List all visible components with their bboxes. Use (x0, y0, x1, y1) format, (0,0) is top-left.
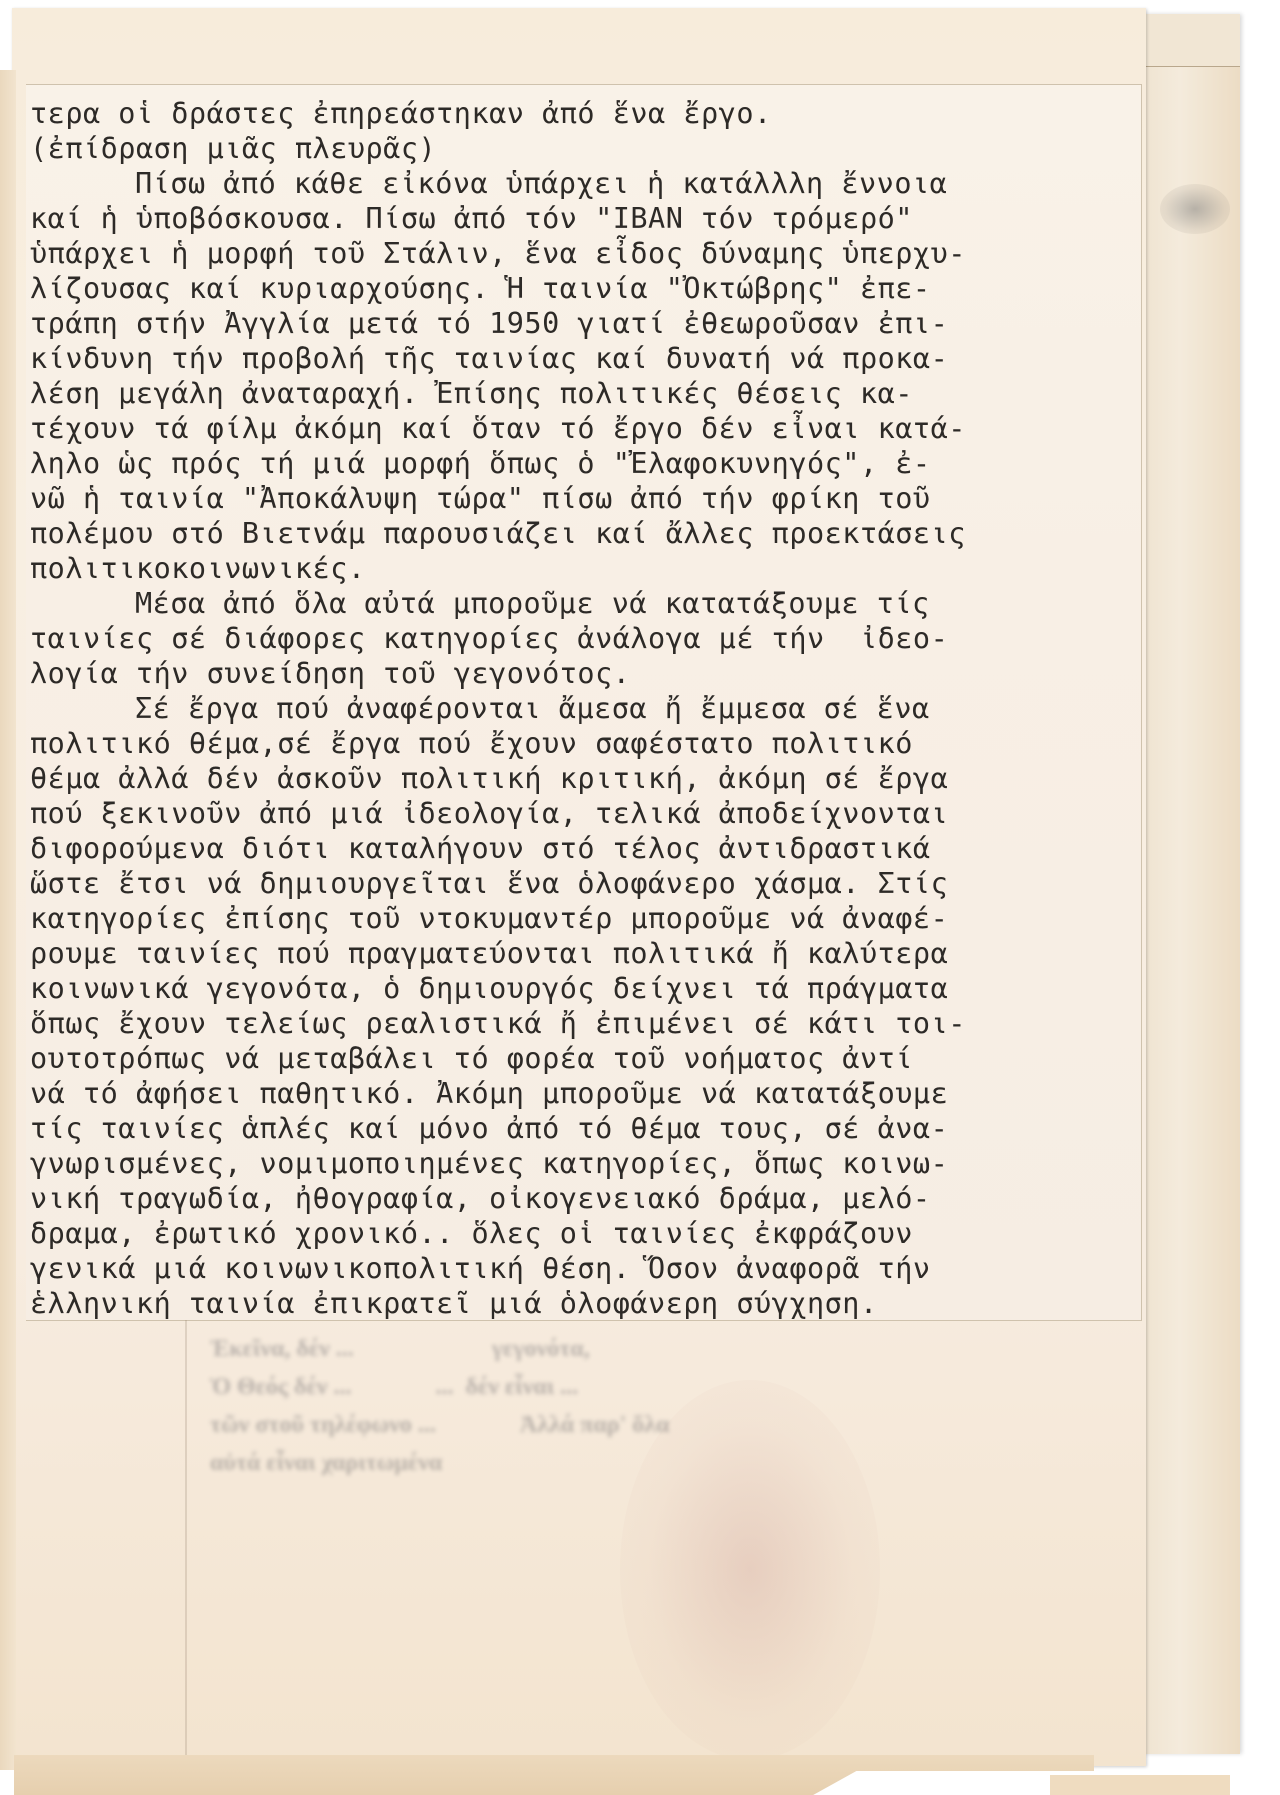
bleed-through-line: τῶν στοῦ τηλέφωνο ... Ἀλλά παρ' ὅλα (210, 1406, 970, 1444)
text-line: ληλο ὡς πρός τή μιά μορφή ὅπως ὁ "Ἐλαφοκ… (30, 446, 1140, 481)
text-line: θέμα ἀλλά δέν ἀσκοῦν πολιτική κριτική, ἀ… (30, 761, 1140, 796)
text-line: ταινίες σέ διάφορες κατηγορίες ἀνάλογα μ… (30, 621, 1140, 656)
text-line: Πίσω ἀπό κάθε εἰκόνα ὑπάρχει ἡ κατάλλλη … (30, 166, 1140, 201)
bottom-torn-flap (14, 1755, 1094, 1795)
text-line: Σέ ἔργα πού ἀναφέρονται ἄμεσα ἤ ἔμμεσα σ… (30, 691, 1140, 726)
bleed-through-text: Ἐκεῖνα, δέν ... γεγονότα,Ὁ Θεός δέν ... … (210, 1330, 970, 1482)
text-line: ὅπως ἔχουν τελείως ρεαλιστικά ἤ ἐπιμένει… (30, 1006, 1140, 1041)
backing-sheet-tab (1140, 14, 1240, 67)
text-line: ρουμε ταινίες πού πραγματεύονται πολιτικ… (30, 936, 1140, 971)
text-line: δραμα, ἐρωτικό χρονικό.. ὅλες οἱ ταινίες… (30, 1216, 1140, 1251)
bleed-through-line: Ὁ Θεός δέν ... ... δέν εἶναι ... (210, 1368, 970, 1406)
bleed-through-line: αὐτά εἶναι χαριτωμένα (210, 1444, 970, 1482)
text-line: λογία τήν συνείδηση τοῦ γεγονότος. (30, 656, 1140, 691)
text-line: λέση μεγάλη ἀναταραχή. Ἐπίσης πολιτικές … (30, 376, 1140, 411)
text-line: διφορούμενα διότι καταλήγουν στό τέλος ἀ… (30, 831, 1140, 866)
text-line: καί ἡ ὑποβόσκουσα. Πίσω ἀπό τόν "ΙΒΑΝ τό… (30, 201, 1140, 236)
text-line: πολέμου στό Βιετνάμ παρουσιάζει καί ἄλλε… (30, 516, 1140, 551)
mold-stain (1160, 184, 1230, 234)
text-line: λίζουσας καί κυριαρχούσης. Ἡ ταινία "Ὀκτ… (30, 271, 1140, 306)
text-line: κατηγορίες ἐπίσης τοῦ ντοκυμαντέρ μποροῦ… (30, 901, 1140, 936)
text-line: ἑλληνική ταινία ἐπικρατεῖ μιά ὁλοφάνερη … (30, 1286, 1140, 1321)
text-line: πού ξεκινοῦν ἀπό μιά ἰδεολογία, τελικά ἀ… (30, 796, 1140, 831)
text-line: τέχουν τά φίλμ ἀκόμη καί ὅταν τό ἔργο δέ… (30, 411, 1140, 446)
text-line: νῶ ἡ ταινία "Ἀποκάλυψη τώρα" πίσω ἀπό τή… (30, 481, 1140, 516)
backing-sheet (1140, 14, 1240, 1754)
left-paper-edge (0, 70, 16, 1770)
text-line: γνωρισμένες, νομιμοποιημένες κατηγορίες,… (30, 1146, 1140, 1181)
text-line: πολιτικοκοινωνικές. (30, 551, 1140, 586)
text-line: νική τραγωδία, ἠθογραφία, οἰκογενειακό δ… (30, 1181, 1140, 1216)
bottom-torn-flap-right (1050, 1775, 1230, 1795)
text-line: κοινωνικά γεγονότα, ὁ δημιουργός δείχνει… (30, 971, 1140, 1006)
text-line: (ἐπίδραση μιᾶς πλευρᾶς) (30, 131, 1140, 166)
typewritten-text-block: τερα οἱ δράστες ἐπηρεάστηκαν ἀπό ἕνα ἔργ… (30, 96, 1140, 1321)
text-line: ὥστε ἔτσι νά δημιουργεῖται ἕνα ὁλοφάνερο… (30, 866, 1140, 901)
text-line: τίς ταινίες ἁπλές καί μόνο ἀπό τό θέμα τ… (30, 1111, 1140, 1146)
text-line: πολιτικό θέμα,σέ ἔργα πού ἔχουν σαφέστατ… (30, 726, 1140, 761)
paper-fold-line (185, 1320, 187, 1760)
text-line: ὑπάρχει ἡ μορφή τοῦ Στάλιν, ἕνα εἶδος δύ… (30, 236, 1140, 271)
text-line: νά τό ἀφήσει παθητικό. Ἀκόμη μποροῦμε νά… (30, 1076, 1140, 1111)
text-line: τράπη στήν Ἀγγλία μετά τό 1950 γιατί ἐθε… (30, 306, 1140, 341)
bleed-through-line: Ἐκεῖνα, δέν ... γεγονότα, (210, 1330, 970, 1368)
text-line: ουτοτρόπως νά μεταβάλει τό φορέα τοῦ νοή… (30, 1041, 1140, 1076)
text-line: τερα οἱ δράστες ἐπηρεάστηκαν ἀπό ἕνα ἔργ… (30, 96, 1140, 131)
text-line: γενικά μιά κοινωνικοπολιτική θέση. Ὅσον … (30, 1251, 1140, 1286)
text-line: Μέσα ἀπό ὅλα αὐτά μποροῦμε νά κατατάξουμ… (30, 586, 1140, 621)
text-line: κίνδυνη τήν προβολή τῆς ταινίας καί δυνα… (30, 341, 1140, 376)
